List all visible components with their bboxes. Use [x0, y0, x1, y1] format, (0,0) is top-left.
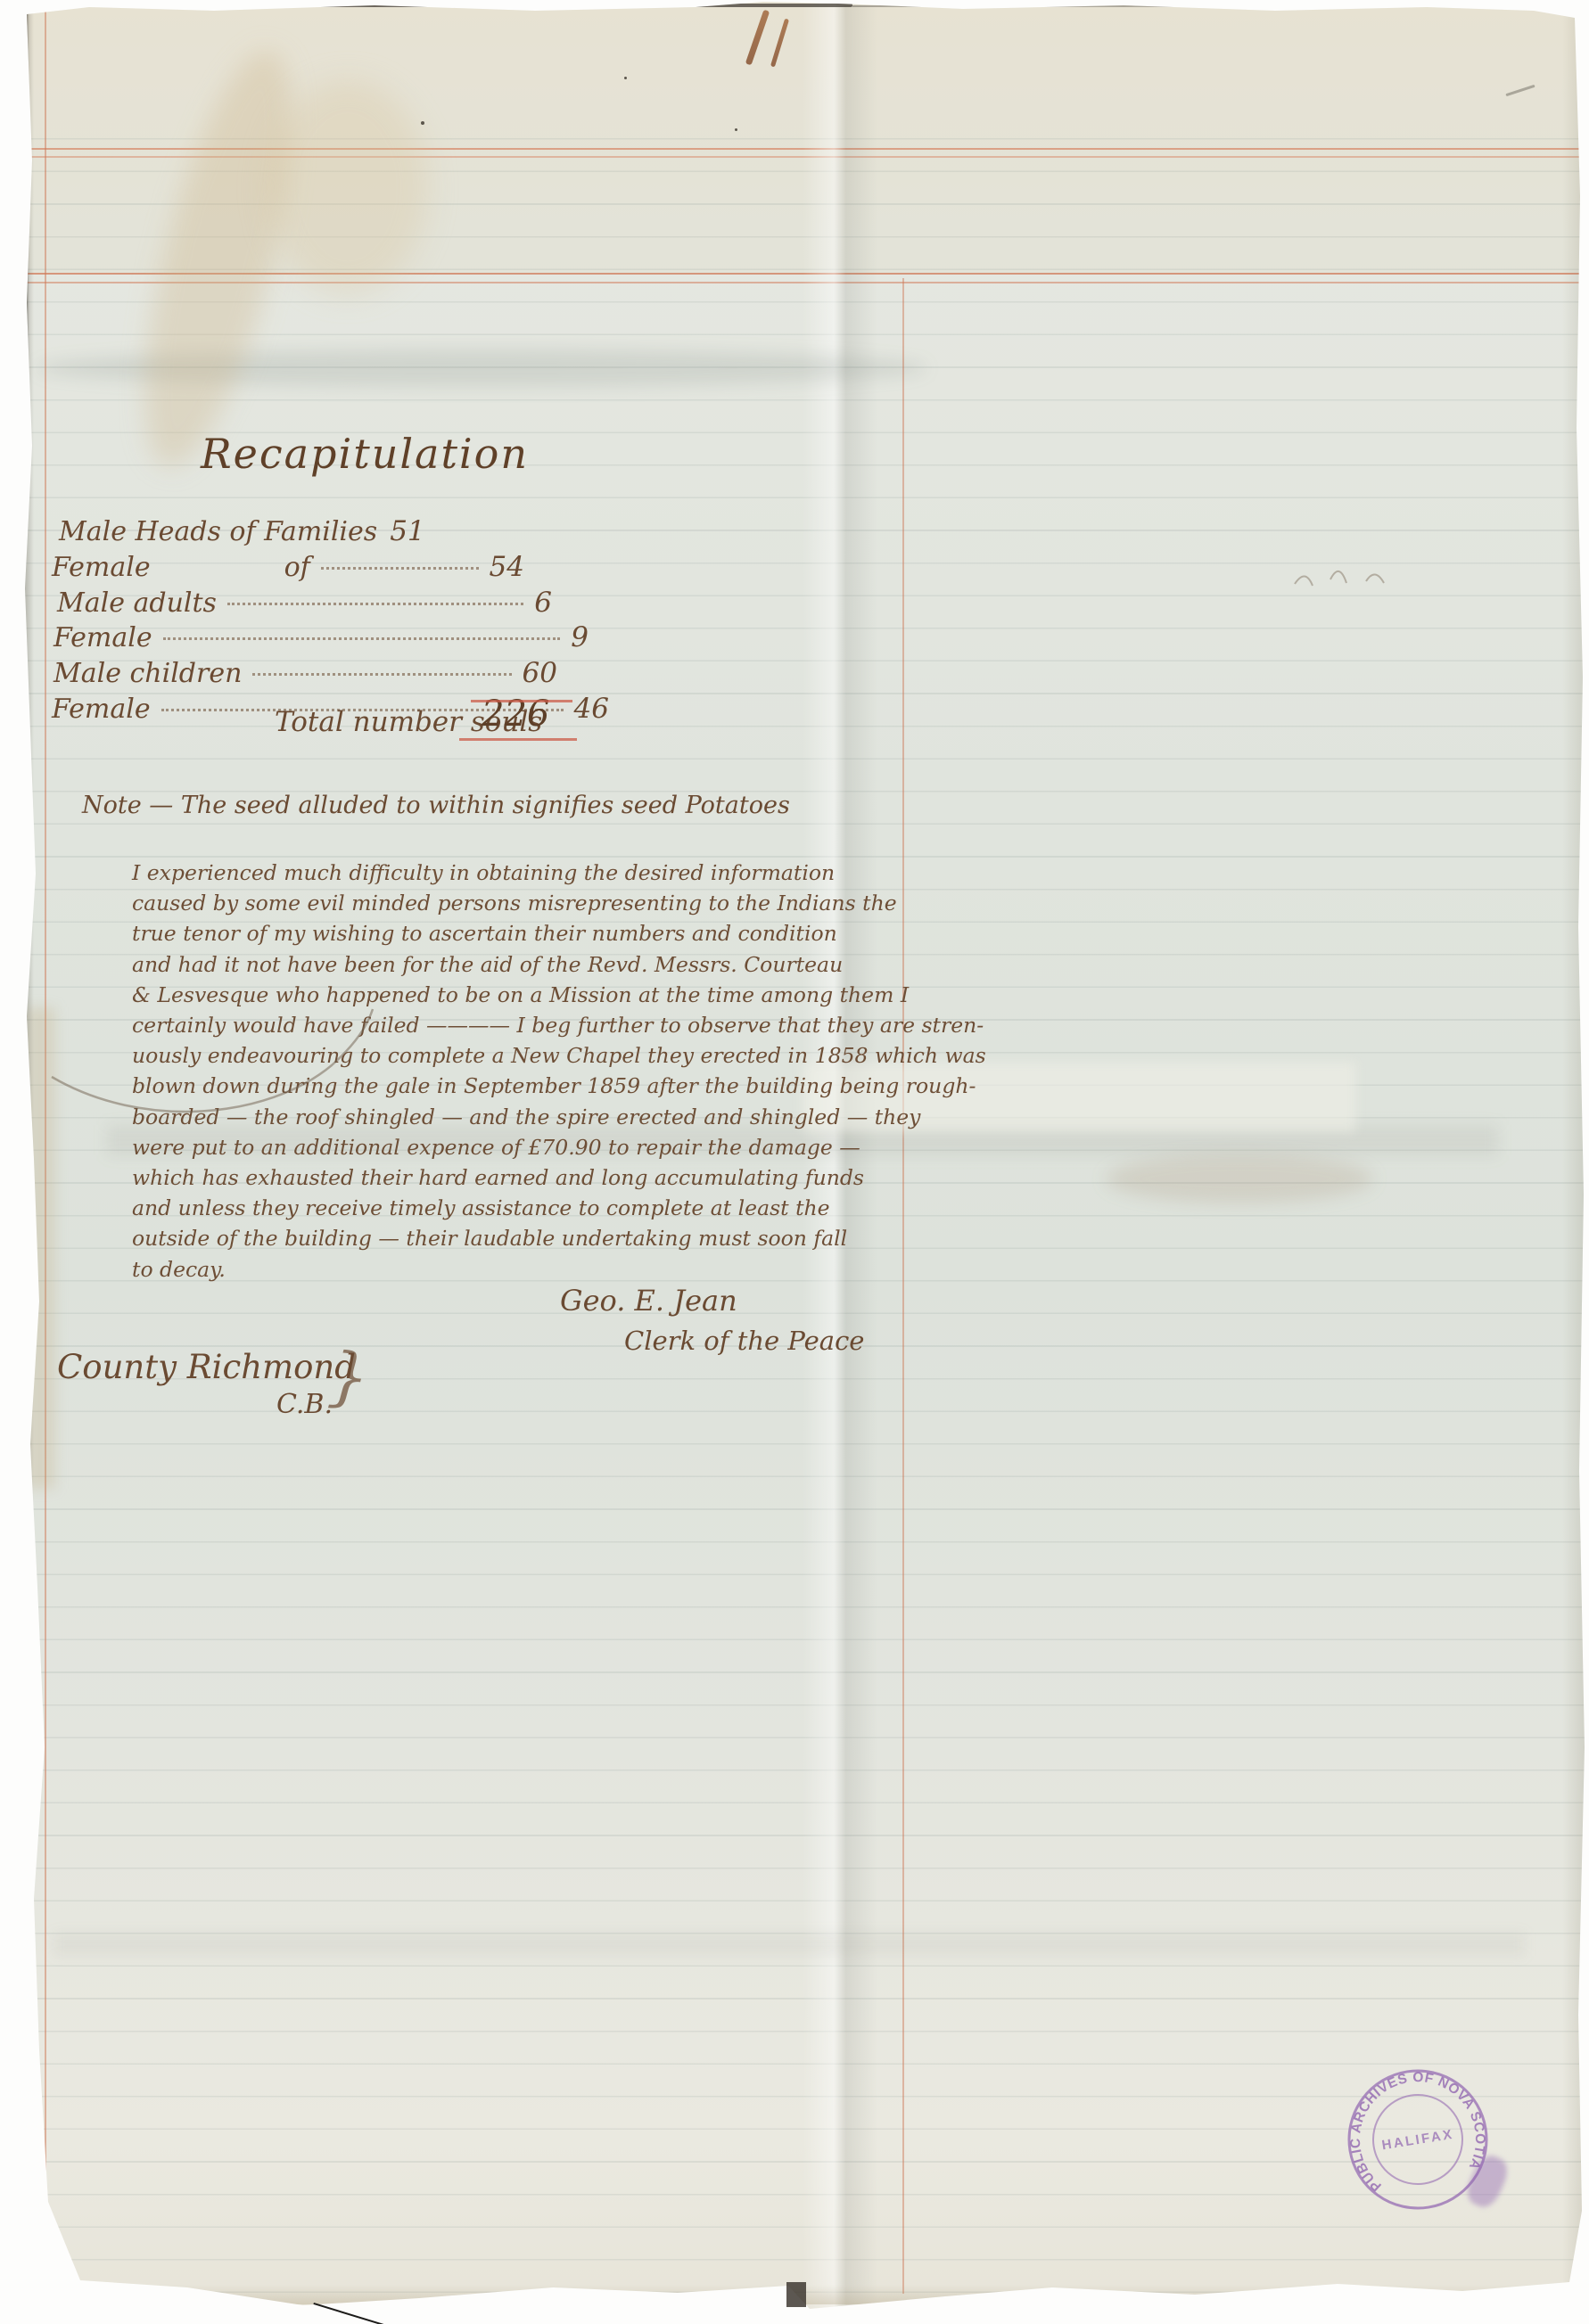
county-line: County Richmond: [57, 1348, 356, 1386]
county-brace: }: [325, 1338, 372, 1416]
stray-hairline: [313, 2303, 387, 2324]
dark-top-edge: [852, 5, 1566, 7]
signature-role: Clerk of the Peace: [624, 1326, 864, 1356]
torn-edge-notch: [786, 2282, 806, 2307]
signature-name: Geo. E. Jean: [560, 1284, 737, 1318]
dark-torn-corner: [23, 7, 28, 390]
stamp-ring-text: PUBLIC ARCHIVES OF NOVA SCOTIA: [1338, 2060, 1494, 2197]
stamp-center-text: HALIFAX: [1380, 2127, 1454, 2154]
scanned-document-page: Recapitulation Male Heads of Families 51…: [0, 0, 1589, 2324]
svg-text:PUBLIC ARCHIVES OF NOVA SCOTIA: PUBLIC ARCHIVES OF NOVA SCOTIA: [1338, 2060, 1494, 2197]
pencil-flourish: [0, 0, 1589, 2324]
pencil-squiggle: [1295, 571, 1384, 586]
county-abbr: C.B.: [276, 1389, 333, 1420]
paper-sheet: Recapitulation Male Heads of Families 51…: [0, 0, 1589, 2324]
